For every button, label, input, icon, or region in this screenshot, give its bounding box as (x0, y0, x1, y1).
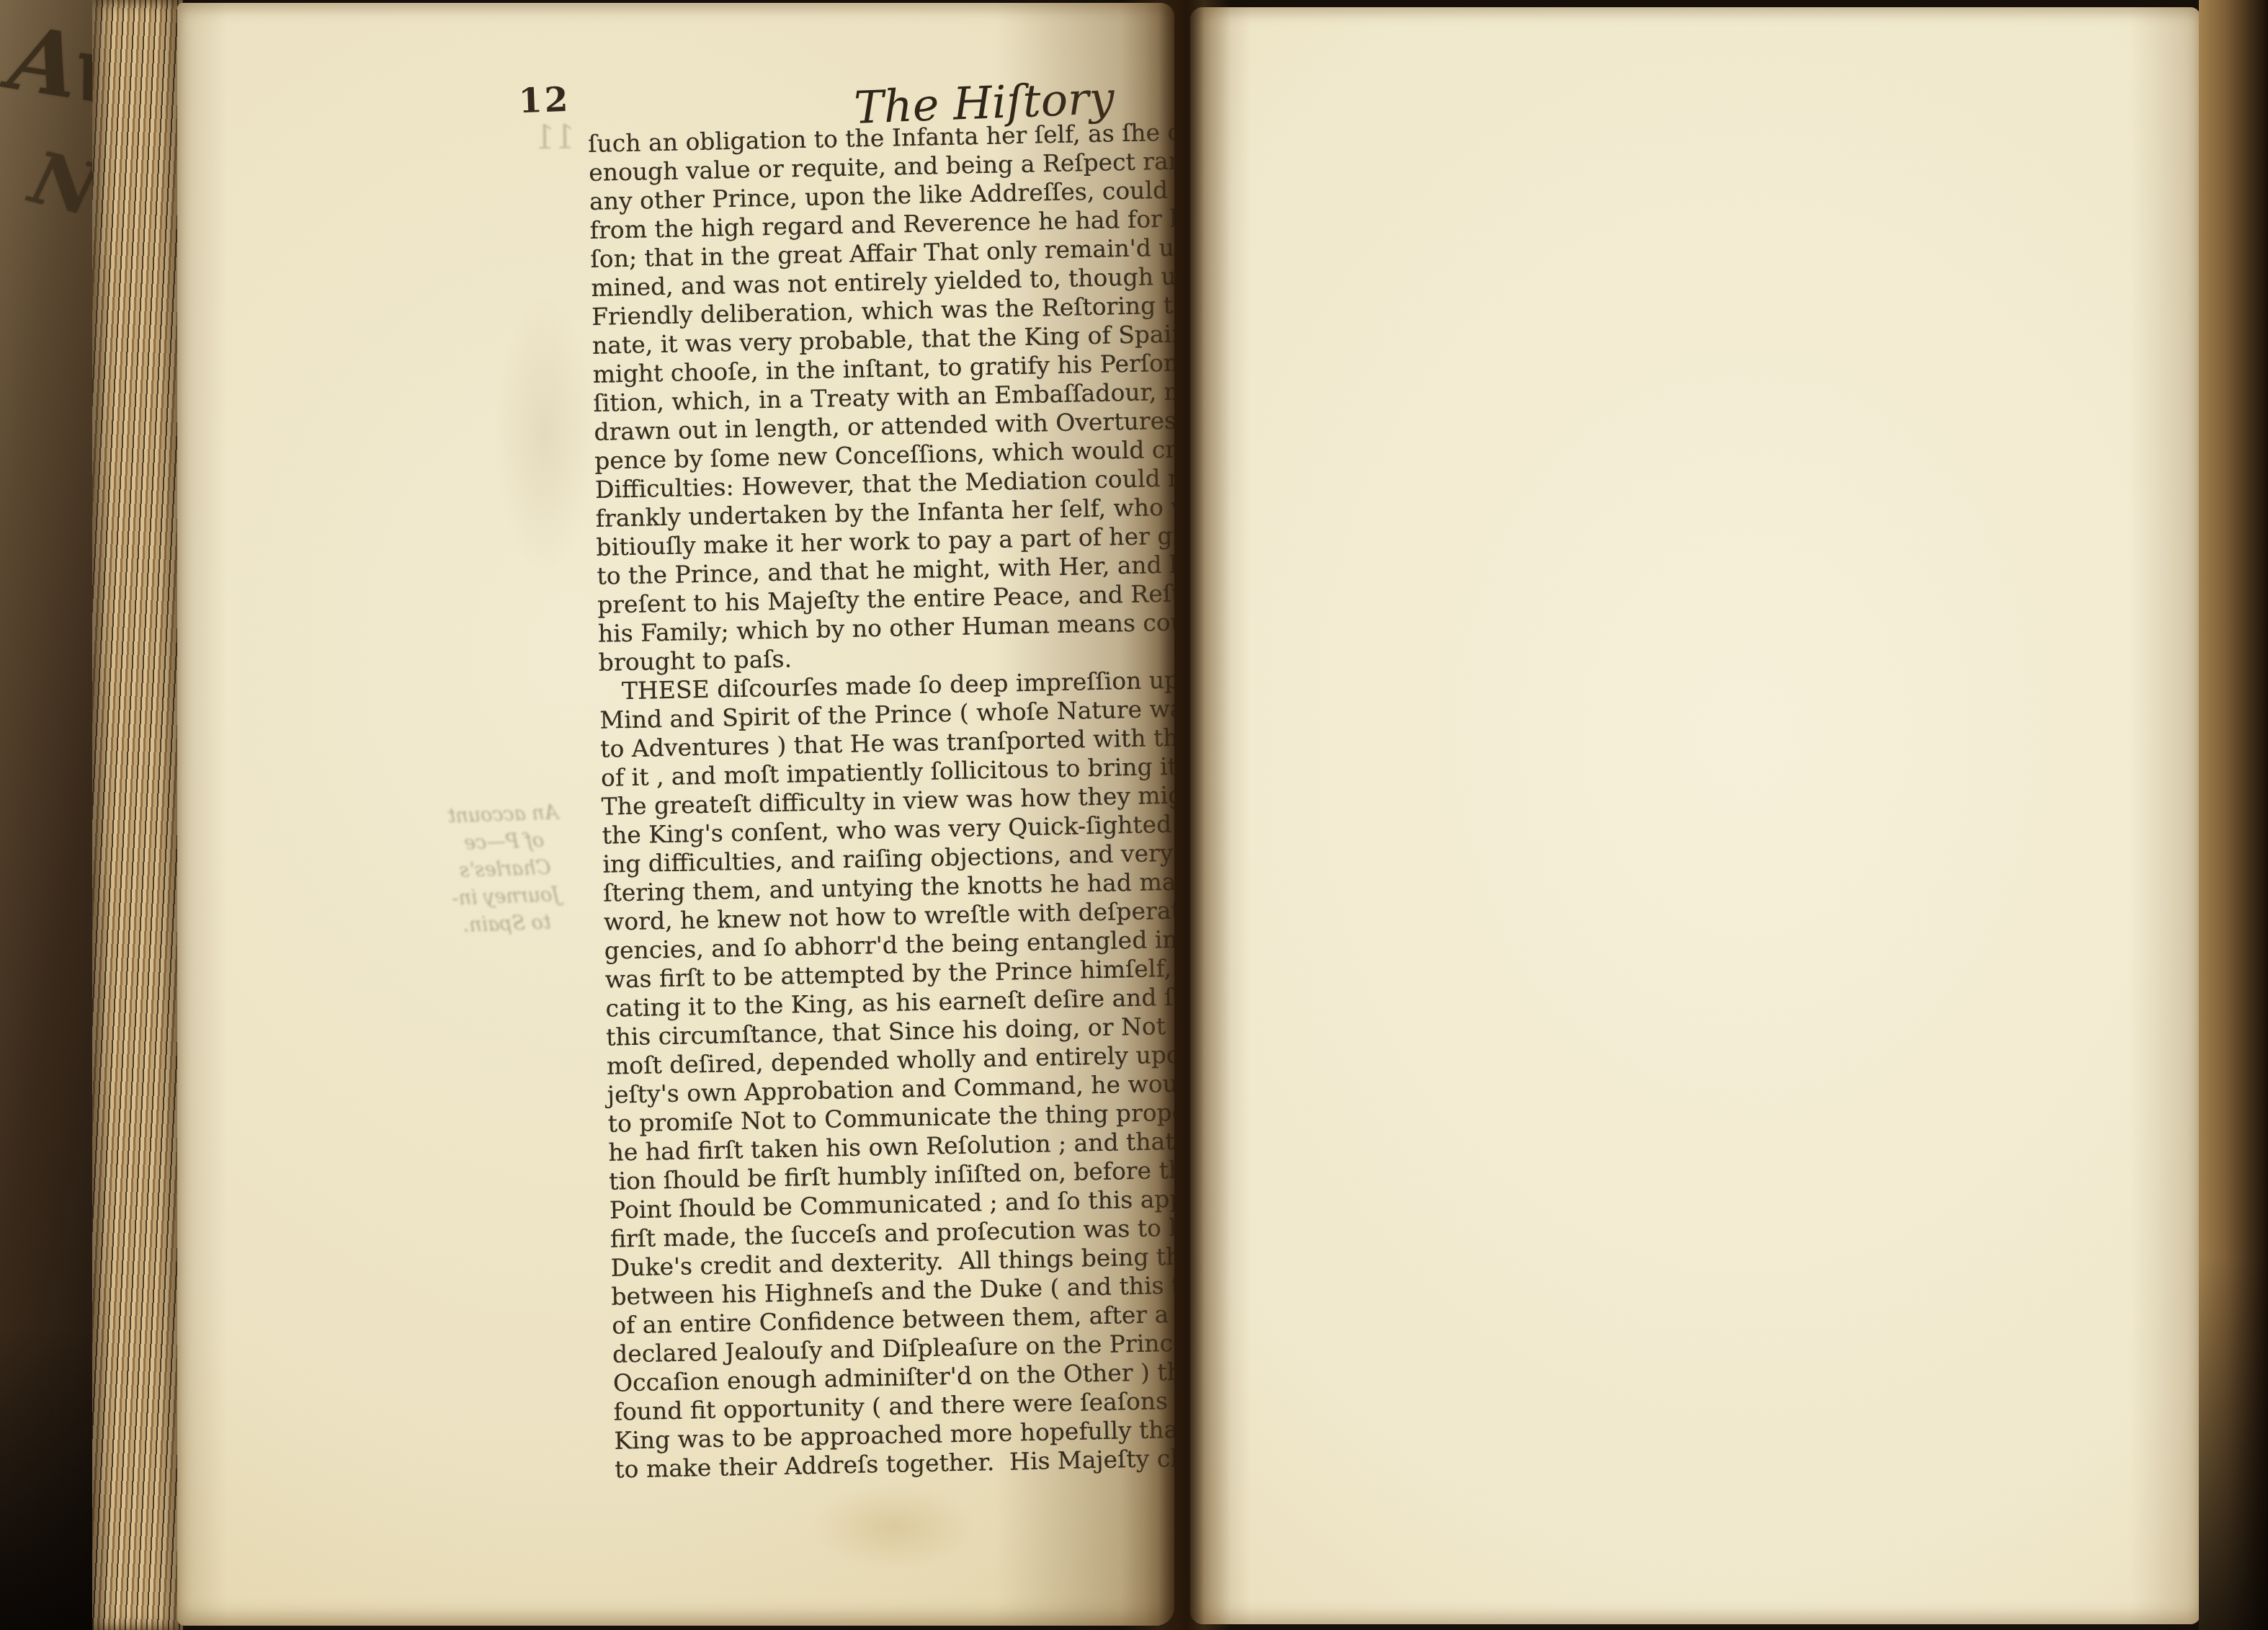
left-page: 12 11 The Hiſtory Book I ſuch an obligat… (177, 3, 1174, 1626)
left-cover-edge: Aw N (0, 0, 101, 1630)
showthrough-margin-note: An account of P—ce Charles's Journey in-… (413, 798, 597, 942)
paper-stain (480, 248, 610, 623)
left-page-number: 12 (518, 80, 571, 121)
paper-stain (775, 1466, 1013, 1588)
right-page: Of the Rebellion, &c. 13 ſented to the C… (1190, 7, 2200, 1624)
left-page-number-showthrough: 11 (535, 120, 576, 157)
book-scan: Aw N 12 11 The Hiſtory Book I ſuch an ob… (0, 0, 2268, 1630)
right-cover-edge (2199, 0, 2268, 1630)
handwriting-mark-lower: N (22, 135, 101, 233)
left-page-text-column: ſuch an obligation to the Infanta her ſe… (588, 113, 1174, 1484)
page-edges-stack (92, 0, 183, 1630)
handwriting-mark-top: Aw (3, 6, 101, 130)
